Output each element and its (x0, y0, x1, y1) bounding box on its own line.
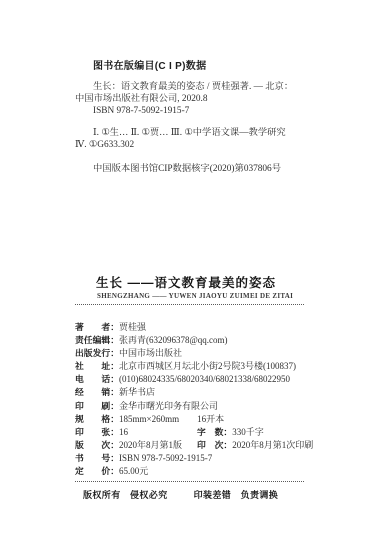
pub-label: 定 价： (75, 464, 119, 477)
pub-row-sheets: 印 张：16 字 数：330千字 (75, 422, 304, 435)
pub-row-phone: 电 话：(010)68024335/68020340/68021338/6802… (75, 369, 304, 382)
copyright-page: 图书在版编目(C I P)数据 生长：语文教育最美的姿态 / 贾桂强著. — 北… (0, 0, 375, 542)
pub-value: 65.00元 (119, 466, 148, 476)
pub-row-author: 著 者：贾桂强 (75, 317, 304, 330)
cip-line-title: 生长：语文教育最美的姿态 / 贾桂强著. — 北京： (75, 81, 304, 93)
publication-info: 著 者：贾桂强 责任编辑：张再青(632096378@qq.com) 出版发行：… (75, 317, 304, 474)
pub-row-format: 规 格：185mm×260mm 16开本 (75, 409, 304, 422)
cip-class-line2: Ⅳ. ①G633.302 (75, 139, 304, 151)
book-title-pinyin: SHENGZHANG —— YUWEN JIAOYU ZUIMEI DE ZIT… (97, 292, 293, 300)
pub-row-distributor: 经 销：新华书店 (75, 382, 304, 395)
pub-row-isbn: 书 号：ISBN 978-7-5092-1915-7 (75, 448, 304, 461)
pub-row-editor: 责任编辑：张再青(632096378@qq.com) (75, 330, 304, 343)
cip-record-number: 中国版本图书馆CIP数据核字(2020)第037806号 (93, 160, 281, 174)
dotted-divider-top (75, 304, 304, 305)
cip-description-block: 生长：语文教育最美的姿态 / 贾桂强著. — 北京： 中国市场出版社有限公司, … (75, 81, 304, 118)
page-content: 图书在版编目(C I P)数据 生长：语文教育最美的姿态 / 贾桂强著. — 北… (75, 0, 304, 542)
pub-row-price: 定 价：65.00元 (75, 461, 304, 474)
copyright-notice-right: 印装差错 负责调换 (194, 490, 279, 500)
dotted-divider-bottom (75, 481, 304, 482)
book-title: 生长 ——语文教育最美的姿态 (96, 273, 276, 291)
pub-row-publisher: 出版发行：中国市场出版社 (75, 343, 304, 356)
cip-class-line1: Ⅰ. ①生… Ⅱ. ①贾… Ⅲ. ①中学语文课—教学研究 (75, 127, 304, 139)
cip-classification-block: Ⅰ. ①生… Ⅱ. ①贾… Ⅲ. ①中学语文课—教学研究 Ⅳ. ①G633.30… (75, 127, 304, 152)
cip-line-publisher: 中国市场出版社有限公司, 2020.8 (75, 93, 304, 105)
copyright-notice-left: 版权所有 侵权必究 (83, 490, 168, 500)
cip-header: 图书在版编目(C I P)数据 (93, 57, 206, 72)
copyright-notice: 版权所有 侵权必究印装差错 负责调换 (83, 488, 278, 501)
pub-row-edition: 版 次：2020年8月第1版 印 次：2020年8月第1次印刷 (75, 435, 304, 448)
pub-row-printer: 印 刷：金华市曙光印务有限公司 (75, 396, 304, 409)
cip-line-isbn: ISBN 978-7-5092-1915-7 (75, 105, 304, 117)
pub-row-address: 社 址：北京市西城区月坛北小街2号院3号楼(100837) (75, 356, 304, 369)
